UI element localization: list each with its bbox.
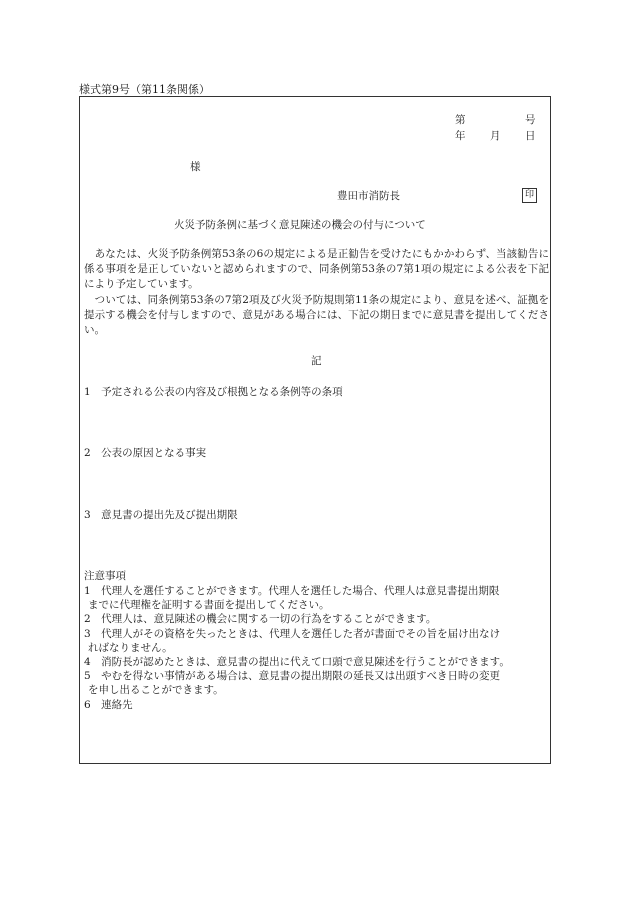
- note-text: 2 代理人は、意見陳述の機会に関する一切の行為をすることができます。: [84, 613, 436, 625]
- note-text: 3 代理人がその資格を失ったときは、代理人を選任した者が書面でその旨を届け出なけ: [84, 628, 500, 640]
- item-1: 1 予定される公表の内容及び根拠となる条例等の条項: [84, 385, 343, 399]
- date-year: 年: [455, 129, 466, 143]
- seal-stamp-icon: 印: [522, 188, 537, 203]
- date-day: 日: [525, 129, 536, 143]
- addressee: 様: [190, 160, 201, 174]
- note-text-continued: ればなりません。: [84, 641, 550, 655]
- number-suffix: 号: [525, 113, 536, 127]
- form-id: 様式第9号（第11条関係）: [79, 81, 210, 97]
- date-month: 月: [490, 129, 501, 143]
- item-2: 2 公表の原因となる事実: [84, 446, 206, 460]
- notes-list: 1 代理人を選任することができます。代理人を選任した場合、代理人は意見書提出期限…: [84, 584, 550, 712]
- item-3: 3 意見書の提出先及び提出期限: [84, 508, 238, 522]
- ki-heading: 記: [311, 354, 322, 368]
- document-title: 火災予防条例に基づく意見陳述の機会の付与について: [174, 218, 426, 232]
- note-text-continued: を申し出ることができます。: [84, 683, 550, 697]
- body-paragraph-1: あなたは、火災予防条例第53条の6の規定による是正勧告を受けたにもかかわらず、当…: [84, 247, 549, 293]
- notes-title: 注意事項: [84, 569, 126, 583]
- note-text: 6 連絡先: [84, 699, 133, 711]
- sender: 豊田市消防長: [337, 189, 400, 203]
- body-paragraph-2: ついては、同条例第53条の7第2項及び火災予防規則第11条の規定により、意見を述…: [84, 293, 549, 339]
- note-text-continued: までに代理権を証明する書面を提出してください。: [84, 598, 550, 612]
- number-prefix: 第: [455, 113, 466, 127]
- note-item: 3 代理人がその資格を失ったときは、代理人を選任した者が書面でその旨を届け出なけ…: [84, 627, 550, 655]
- note-item: 1 代理人を選任することができます。代理人を選任した場合、代理人は意見書提出期限…: [84, 584, 550, 612]
- note-text: 4 消防長が認めたときは、意見書の提出に代えて口頭で意見陳述を行うことができます…: [84, 656, 510, 668]
- note-text: 5 やむを得ない事情がある場合は、意見書の提出期限の延長又は出頭すべき日時の変更: [84, 670, 500, 682]
- note-item: 6 連絡先: [84, 698, 550, 712]
- note-text: 1 代理人を選任することができます。代理人を選任した場合、代理人は意見書提出期限: [84, 585, 499, 597]
- note-item: 5 やむを得ない事情がある場合は、意見書の提出期限の延長又は出頭すべき日時の変更…: [84, 669, 550, 697]
- note-item: 4 消防長が認めたときは、意見書の提出に代えて口頭で意見陳述を行うことができます…: [84, 655, 550, 669]
- note-item: 2 代理人は、意見陳述の機会に関する一切の行為をすることができます。: [84, 612, 550, 626]
